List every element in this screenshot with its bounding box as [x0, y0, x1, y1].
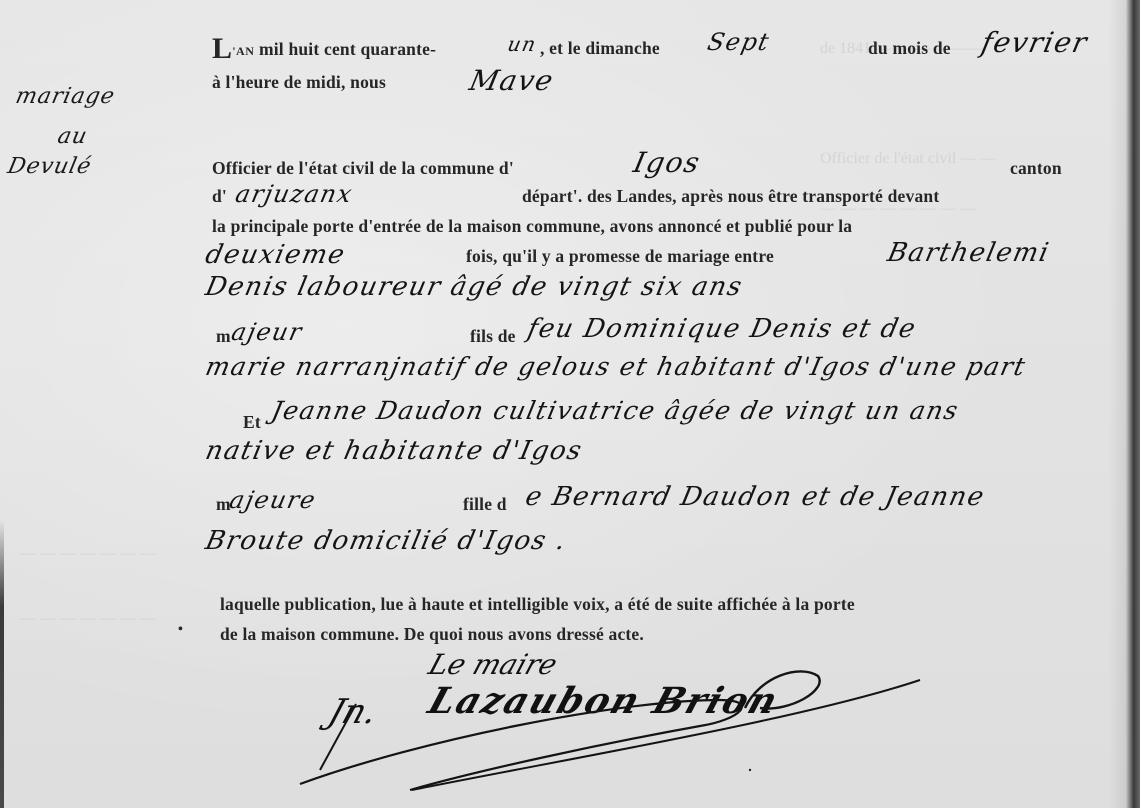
page-shadow	[1108, 0, 1126, 808]
left-edge	[0, 520, 4, 808]
binding-edge	[1126, 0, 1140, 808]
signature-flourish	[0, 0, 1140, 808]
scanned-page: de 1841 — — — ——— Officier de l'état civ…	[0, 0, 1140, 808]
